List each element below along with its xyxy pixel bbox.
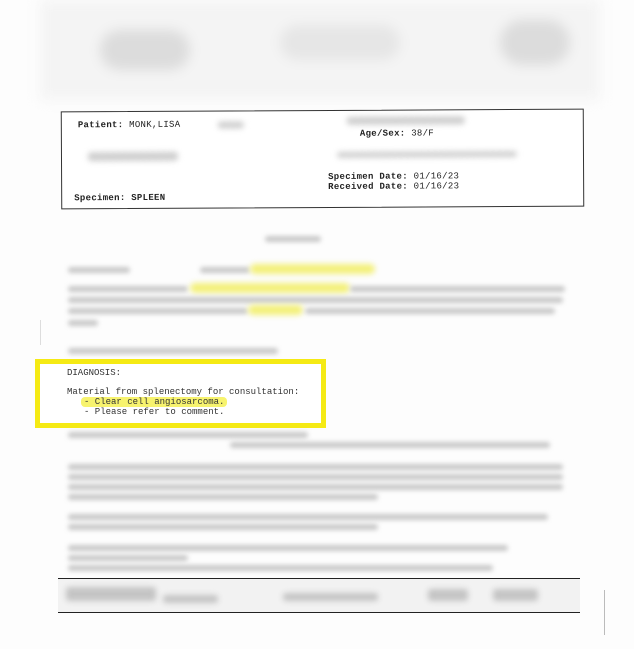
scan-edge-line <box>604 590 605 635</box>
redacted-text-line <box>68 308 248 314</box>
redacted-location <box>337 151 517 158</box>
redacted-footer-text <box>428 589 468 601</box>
specimen-date-value: 01/16/23 <box>414 171 460 181</box>
redacted-physician <box>88 152 178 161</box>
diagnosis-annotation-box: DIAGNOSIS: Material from splenectomy for… <box>35 359 326 428</box>
patient-field: Patient: MONK,LISA <box>78 120 181 131</box>
diagnosis-item: - Clear cell angiosarcoma. <box>84 397 227 407</box>
diagnosis-intro: Material from splenectomy for consultati… <box>67 387 299 397</box>
patient-label: Patient: <box>78 120 124 130</box>
specimen-field: Specimen: SPLEEN <box>74 193 165 203</box>
redacted-text-line <box>68 514 548 520</box>
specimen-date-field: Specimen Date: 01/16/23 <box>328 171 459 182</box>
redacted-letterhead <box>40 0 600 100</box>
redacted-text-line <box>68 484 563 490</box>
diagnosis-item: - Please refer to comment. <box>84 407 224 417</box>
redacted-highlight <box>190 283 350 293</box>
redacted-section-title <box>265 236 321 242</box>
diagnosis-item-highlighted: - Clear cell angiosarcoma. <box>81 397 227 407</box>
specimen-label: Specimen: <box>74 193 125 203</box>
redacted-text-line <box>68 474 563 480</box>
scanned-report-page: Patient: MONK,LISA Age/Sex: 38/F Specime… <box>0 0 634 649</box>
redacted-highlight <box>250 264 375 274</box>
redacted-footer-box <box>58 578 580 613</box>
age-sex-field: Age/Sex: 38/F <box>360 128 434 138</box>
specimen-value: SPLEEN <box>131 193 165 203</box>
redacted-text-line <box>68 286 188 292</box>
redacted-text-line <box>230 442 550 448</box>
redacted-text-line <box>68 565 493 571</box>
redacted-footer-text <box>493 589 538 601</box>
redacted-text-line <box>350 286 565 292</box>
age-sex-value: 38/F <box>411 128 434 138</box>
diagnosis-heading: DIAGNOSIS: <box>67 368 121 378</box>
redacted-text-line <box>68 555 188 561</box>
redacted-text-line <box>68 545 508 551</box>
redacted-footer-text <box>66 587 156 601</box>
redacted-text-line <box>200 267 250 273</box>
redacted-text-line <box>68 267 130 273</box>
patient-name: MONK,LISA <box>129 120 180 130</box>
received-date-value: 01/16/23 <box>414 181 460 191</box>
redacted-text-line <box>68 464 563 470</box>
redacted-text-line <box>68 297 563 303</box>
redacted-text-line <box>305 308 555 314</box>
redacted-text-line <box>68 348 278 354</box>
redacted-text-line <box>68 494 378 500</box>
redacted-text-line <box>68 320 98 326</box>
received-date-label: Received Date: <box>328 182 408 192</box>
scan-edge-line <box>40 320 41 345</box>
age-sex-label: Age/Sex: <box>360 129 406 139</box>
specimen-date-label: Specimen Date: <box>328 172 408 182</box>
redacted-patient-id <box>218 121 244 128</box>
redacted-text-line <box>68 432 308 438</box>
redacted-text-line <box>68 524 378 530</box>
redacted-footer-text <box>283 593 378 601</box>
redacted-accession <box>347 116 465 125</box>
redacted-highlight <box>248 305 303 315</box>
patient-header-box: Patient: MONK,LISA Age/Sex: 38/F Specime… <box>61 109 585 210</box>
redacted-footer-text <box>163 595 218 603</box>
received-date-field: Received Date: 01/16/23 <box>328 181 459 192</box>
